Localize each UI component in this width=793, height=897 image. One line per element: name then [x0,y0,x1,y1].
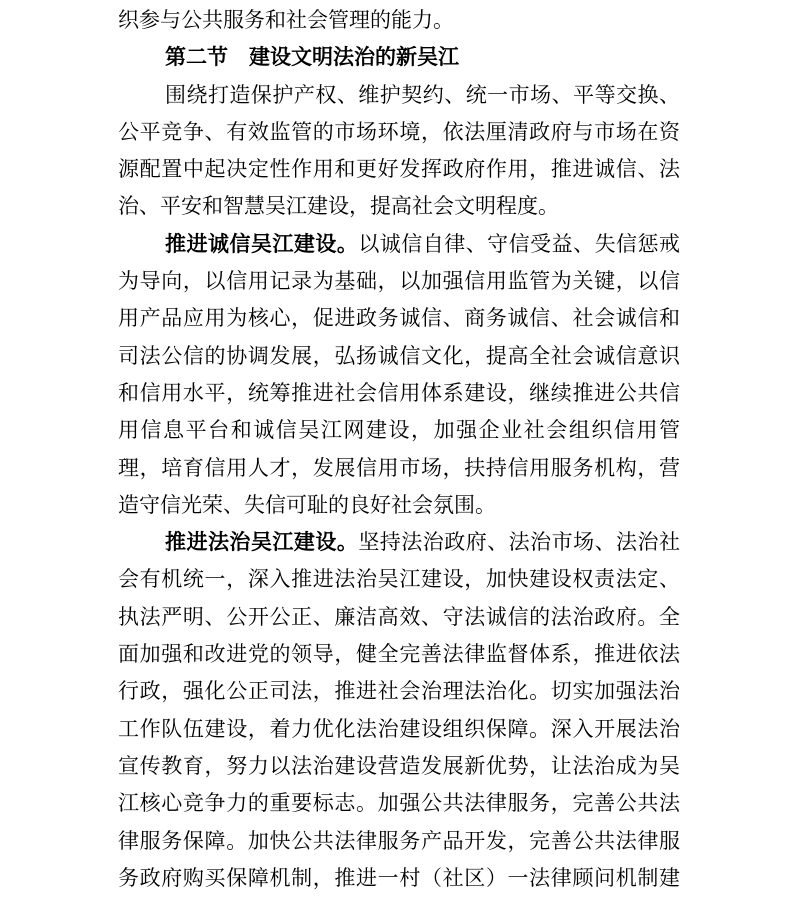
line-text: 围绕打造保护产权、维护契约、统一市场、平等交换、 [165,83,680,107]
text-line: 治、平安和智慧吴江建设，提高社会文明程度。 [118,188,680,225]
text-line: 会有机统一，深入推进法治吴江建设，加快建设权责法定、 [118,561,680,598]
text-line: 推进法治吴江建设。坚持法治政府、法治市场、法治社 [118,524,680,561]
line-text: 务政府购买保障机制，推进一村（社区）一法律顾问机制建 [118,866,680,890]
line-text: 以诚信自律、守信受益、失信惩戒 [358,232,680,256]
line-text: 工作队伍建设，着力优化法治建设组织保障。深入开展法治 [118,717,680,741]
paragraph-lead: 推进诚信吴江建设。 [165,232,358,256]
text-line: 公平竞争、有效监管的市场环境，依法厘清政府与市场在资 [118,114,680,151]
line-text: 理，培育信用人才，发展信用市场，扶持信用服务机构，营 [118,456,680,480]
section-heading: 第二节 建设文明法治的新吴江 [118,39,680,76]
line-text: 治、平安和智慧吴江建设，提高社会文明程度。 [118,194,559,218]
text-line: 江核心竞争力的重要标志。加强公共法律服务，完善公共法 [118,785,680,822]
section-heading-text: 第二节 建设文明法治的新吴江 [165,45,459,69]
line-text: 为导向，以信用记录为基础，以加强信用监管为关键，以信 [118,269,680,293]
line-text: 和信用水平，统筹推进社会信用体系建设，继续推进公共信 [118,381,680,405]
line-text: 源配置中起决定性作用和更好发挥政府作用，推进诚信、法 [118,157,680,181]
text-line: 律服务保障。加快公共法律服务产品开发，完善公共法律服 [118,823,680,860]
line-text: 织参与公共服务和社会管理的能力。 [118,8,454,32]
paragraph-lead: 推进法治吴江建设。 [165,530,358,554]
text-line: 推进诚信吴江建设。以诚信自律、守信受益、失信惩戒 [118,226,680,263]
text-line: 用信息平台和诚信吴江网建设，加强企业社会组织信用管 [118,412,680,449]
text-line: 源配置中起决定性作用和更好发挥政府作用，推进诚信、法 [118,151,680,188]
line-text: 江核心竞争力的重要标志。加强公共法律服务，完善公共法 [118,791,680,815]
line-text: 会有机统一，深入推进法治吴江建设，加快建设权责法定、 [118,567,680,591]
text-line: 执法严明、公开公正、廉洁高效、守法诚信的法治政府。全 [118,599,680,636]
text-line: 司法公信的协调发展，弘扬诚信文化，提高全社会诚信意识 [118,338,680,375]
line-text: 坚持法治政府、法治市场、法治社 [358,530,680,554]
text-line: 和信用水平，统筹推进社会信用体系建设，继续推进公共信 [118,375,680,412]
text-line: 务政府购买保障机制，推进一村（社区）一法律顾问机制建 [118,860,680,897]
document-page: 织参与公共服务和社会管理的能力。 第二节 建设文明法治的新吴江 围绕打造保护产权… [118,2,680,897]
text-line: 织参与公共服务和社会管理的能力。 [118,2,680,39]
line-text: 用信息平台和诚信吴江网建设，加强企业社会组织信用管 [118,418,680,442]
line-text: 用产品应用为核心，促进政务诚信、商务诚信、社会诚信和 [118,306,680,330]
line-text: 宣传教育，努力以法治建设营造发展新优势，让法治成为吴 [118,754,680,778]
line-text: 公平竞争、有效监管的市场环境，依法厘清政府与市场在资 [118,120,680,144]
text-line: 造守信光荣、失信可耻的良好社会氛围。 [118,487,680,524]
text-line: 行政，强化公正司法，推进社会治理法治化。切实加强法治 [118,673,680,710]
text-line: 理，培育信用人才，发展信用市场，扶持信用服务机构，营 [118,450,680,487]
text-line: 宣传教育，努力以法治建设营造发展新优势，让法治成为吴 [118,748,680,785]
text-line: 面加强和改进党的领导，健全完善法律监督体系，推进依法 [118,636,680,673]
line-text: 司法公信的协调发展，弘扬诚信文化，提高全社会诚信意识 [118,344,680,368]
line-text: 执法严明、公开公正、廉洁高效、守法诚信的法治政府。全 [118,605,680,629]
line-text: 造守信光荣、失信可耻的良好社会氛围。 [118,493,496,517]
line-text: 行政，强化公正司法，推进社会治理法治化。切实加强法治 [118,679,680,703]
text-line: 围绕打造保护产权、维护契约、统一市场、平等交换、 [118,77,680,114]
line-text: 律服务保障。加快公共法律服务产品开发，完善公共法律服 [118,829,680,853]
text-line: 工作队伍建设，着力优化法治建设组织保障。深入开展法治 [118,711,680,748]
text-line: 为导向，以信用记录为基础，以加强信用监管为关键，以信 [118,263,680,300]
text-line: 用产品应用为核心，促进政务诚信、商务诚信、社会诚信和 [118,300,680,337]
line-text: 面加强和改进党的领导，健全完善法律监督体系，推进依法 [118,642,680,666]
